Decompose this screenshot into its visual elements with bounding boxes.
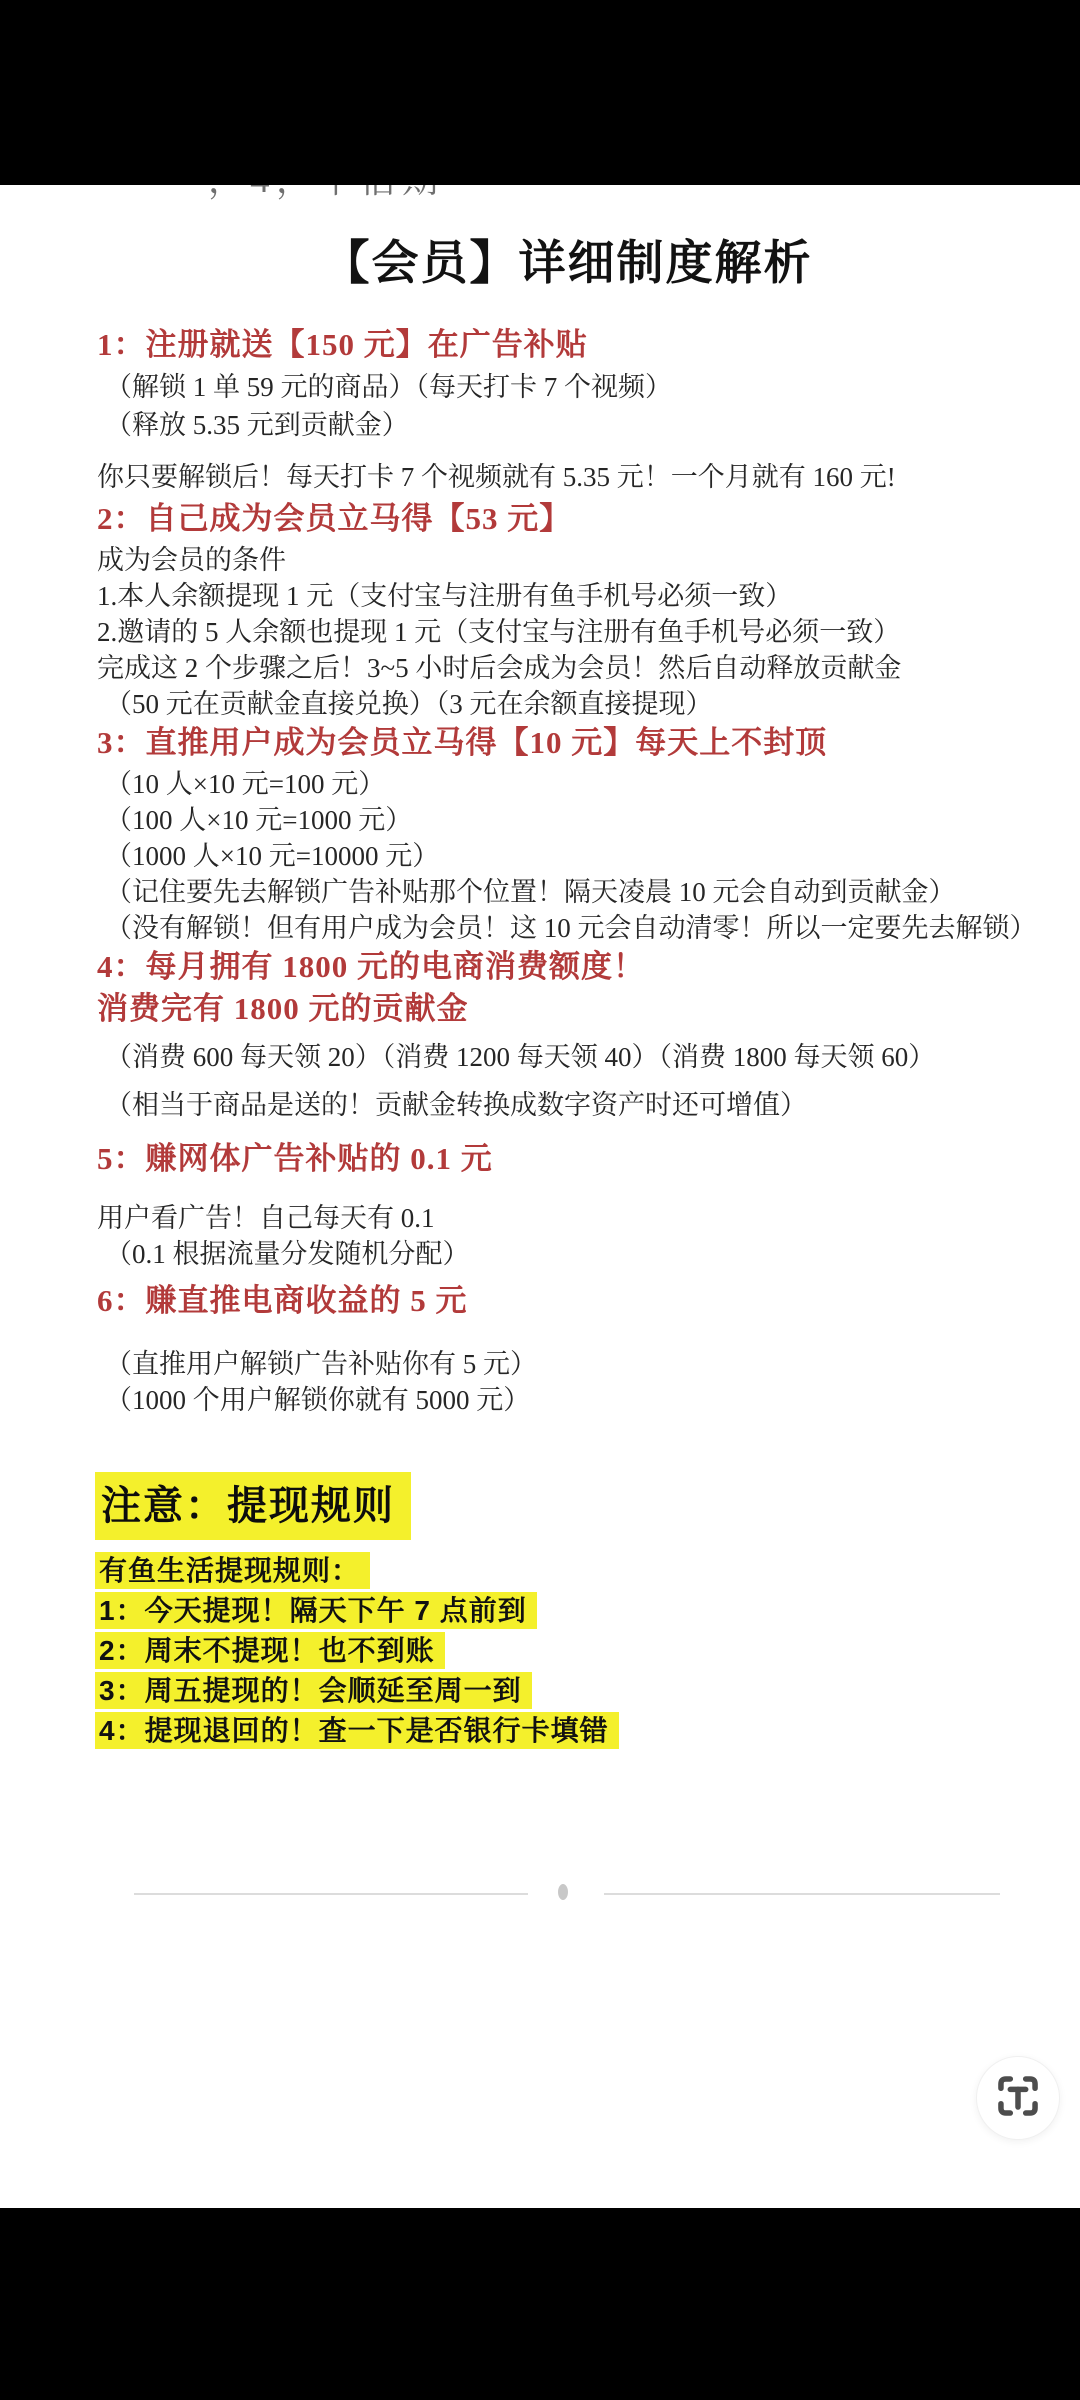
section-3-heading: 3：直推用户成为会员立马得【10 元】每天上不封顶 [97,720,1044,766]
section-6-line: （1000 个用户解锁你就有 5000 元） [97,1382,1044,1418]
section-3-line: （1000 人×10 元=10000 元） [97,838,1044,874]
section-1-line: （释放 5.35 元到贡献金） [97,406,1044,444]
section-2: 2：自己成为会员立马得【53 元】 成为会员的条件 1.本人余额提现 1 元（支… [97,496,1044,722]
text-scan-icon [996,2074,1040,2123]
section-2-line: 1.本人余额提现 1 元（支付宝与注册有鱼手机号必须一致） [97,578,1044,614]
section-6-heading: 6：赚直推电商收益的 5 元 [97,1278,1044,1324]
notice-line-text: 有鱼生活提现规则： [95,1552,370,1589]
notice-line: 有鱼生活提现规则： [95,1552,1044,1589]
section-4-heading: 4：每月拥有 1800 元的电商消费额度！ [97,946,1044,988]
section-1-line: 你只要解锁后！每天打卡 7 个视频就有 5.35 元！一个月就有 160 元! [97,458,1044,496]
section-2-heading: 2：自己成为会员立马得【53 元】 [97,496,1044,542]
section-2-line: 成为会员的条件 [97,542,1044,578]
notice-line-text: 4：提现退回的！查一下是否银行卡填错 [95,1712,619,1749]
section-3-line: （记住要先去解锁广告补贴那个位置！隔天凌晨 10 元会自动到贡献金） [97,874,1044,910]
divider-line-left [134,1893,528,1895]
divider-dot [558,1884,568,1900]
text-scan-button[interactable] [976,2056,1060,2140]
section-5: 5：赚网体广告补贴的 0.1 元 用户看广告！自己每天有 0.1 （0.1 根据… [97,1136,1044,1272]
bottom-black-bar [0,2208,1080,2400]
section-6: 6：赚直推电商收益的 5 元 （直推用户解锁广告补贴你有 5 元） （1000 … [97,1278,1044,1418]
section-2-line: 完成这 2 个步骤之后！3~5 小时后会成为会员！然后自动释放贡献金 [97,650,1044,686]
section-2-line: （50 元在贡献金直接兑换）（3 元在余额直接提现） [97,686,1044,722]
section-1-heading: 1：注册就送【150 元】在广告补贴 [97,322,1044,368]
section-1-line: （解锁 1 单 59 元的商品）（每天打卡 7 个视频） [97,368,1044,406]
notice-line-text: 3：周五提现的！会顺延至周一到 [95,1672,532,1709]
section-3-line: （10 人×10 元=100 元） [97,766,1044,802]
notice-line: 2：周末不提现！也不到账 [95,1632,1044,1669]
section-4-line: （相当于商品是送的！贡献金转换成数字资产时还可增值） [97,1086,1044,1124]
notice-heading: 注意：提现规则 [95,1472,411,1540]
section-3-line: （100 人×10 元=1000 元） [97,802,1044,838]
notice-line: 3：周五提现的！会顺延至周一到 [95,1672,1044,1709]
withdraw-rules-notice: 注意：提现规则 有鱼生活提现规则： 1：今天提现！隔天下午 7 点前到 2：周末… [95,1472,1044,1752]
document-title: 【会员】详细制度解析 [95,226,1040,293]
notice-line: 1：今天提现！隔天下午 7 点前到 [95,1592,1044,1629]
section-6-line: （直推用户解锁广告补贴你有 5 元） [97,1346,1044,1382]
top-black-bar [0,0,1080,185]
section-4-heading-line2: 消费完有 1800 元的贡献金 [97,988,1044,1030]
section-3: 3：直推用户成为会员立马得【10 元】每天上不封顶 （10 人×10 元=100… [97,720,1044,946]
divider-line-right [604,1893,1000,1895]
document-screen: ，4，中信期 【会员】详细制度解析 1：注册就送【150 元】在广告补贴 （解锁… [0,0,1080,2400]
section-3-line: （没有解锁！但有用户成为会员！这 10 元会自动清零！所以一定要先去解锁） [97,910,1044,946]
notice-line-text: 1：今天提现！隔天下午 7 点前到 [95,1592,537,1629]
section-5-line: （0.1 根据流量分发随机分配） [97,1236,1044,1272]
notice-line-text: 2：周末不提现！也不到账 [95,1632,445,1669]
section-5-line: 用户看广告！自己每天有 0.1 [97,1200,1044,1236]
notice-lines: 有鱼生活提现规则： 1：今天提现！隔天下午 7 点前到 2：周末不提现！也不到账… [95,1552,1044,1749]
section-5-heading: 5：赚网体广告补贴的 0.1 元 [97,1136,1044,1182]
section-4: 4：每月拥有 1800 元的电商消费额度！ 消费完有 1800 元的贡献金 （消… [97,946,1044,1124]
section-2-line: 2.邀请的 5 人余额也提现 1 元（支付宝与注册有鱼手机号必须一致） [97,614,1044,650]
notice-line: 4：提现退回的！查一下是否银行卡填错 [95,1712,1044,1749]
section-1: 1：注册就送【150 元】在广告补贴 （解锁 1 单 59 元的商品）（每天打卡… [97,322,1044,496]
section-4-line: （消费 600 每天领 20）（消费 1200 每天领 40）（消费 1800 … [97,1038,1044,1076]
